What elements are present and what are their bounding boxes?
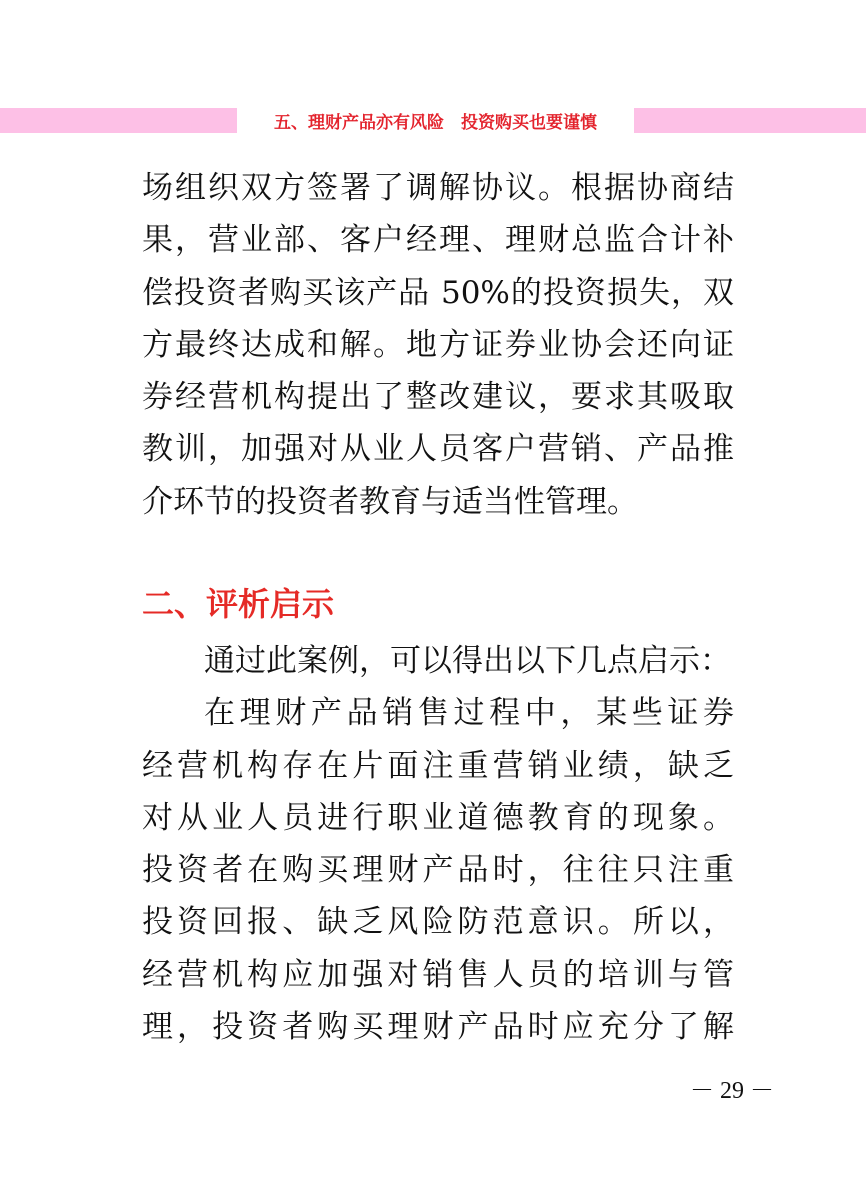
header-band-left bbox=[0, 108, 237, 133]
text-line: 在理财产品销售过程中，某些证券 bbox=[142, 687, 734, 739]
text-line: 券经营机构提出了整改建议，要求其吸取 bbox=[142, 371, 734, 423]
section-heading: 二、评析启示 bbox=[142, 582, 334, 626]
running-header-title: 五、理财产品亦有风险 投资购买也要谨慎 bbox=[237, 106, 634, 135]
header-band-right bbox=[634, 108, 866, 133]
paragraph-case-resolution: 场组织双方签署了调解协议。根据协商结 果，营业部、客户经理、理财总监合计补 偿投… bbox=[142, 162, 734, 528]
text-line: 教训，加强对从业人员客户营销、产品推 bbox=[142, 423, 734, 475]
text-line: 偿投资者购买该产品 50%的投资损失，双 bbox=[142, 267, 734, 319]
text-line: 经营机构存在片面注重营销业绩，缺乏 bbox=[142, 740, 734, 792]
text-line: 理，投资者购买理财产品时应充分了解 bbox=[142, 1001, 734, 1053]
text-line: 场组织双方签署了调解协议。根据协商结 bbox=[142, 162, 734, 214]
text-line: 果，营业部、客户经理、理财总监合计补 bbox=[142, 214, 734, 266]
text-line: 投资回报、缺乏风险防范意识。所以， bbox=[142, 896, 734, 948]
text-line: 投资者在购买理财产品时，往往只注重 bbox=[142, 844, 734, 896]
page-number: － 29 － bbox=[690, 1070, 774, 1105]
text-line: 方最终达成和解。地方证券业协会还向证 bbox=[142, 319, 734, 371]
text-line: 对从业人员进行职业道德教育的现象。 bbox=[142, 792, 734, 844]
text-line: 介环节的投资者教育与适当性管理。 bbox=[142, 476, 734, 528]
paragraph-analysis: 通过此案例，可以得出以下几点启示： 在理财产品销售过程中，某些证券 经营机构存在… bbox=[142, 635, 734, 1053]
text-line: 通过此案例，可以得出以下几点启示： bbox=[142, 635, 734, 687]
text-line: 经营机构应加强对销售人员的培训与管 bbox=[142, 949, 734, 1001]
